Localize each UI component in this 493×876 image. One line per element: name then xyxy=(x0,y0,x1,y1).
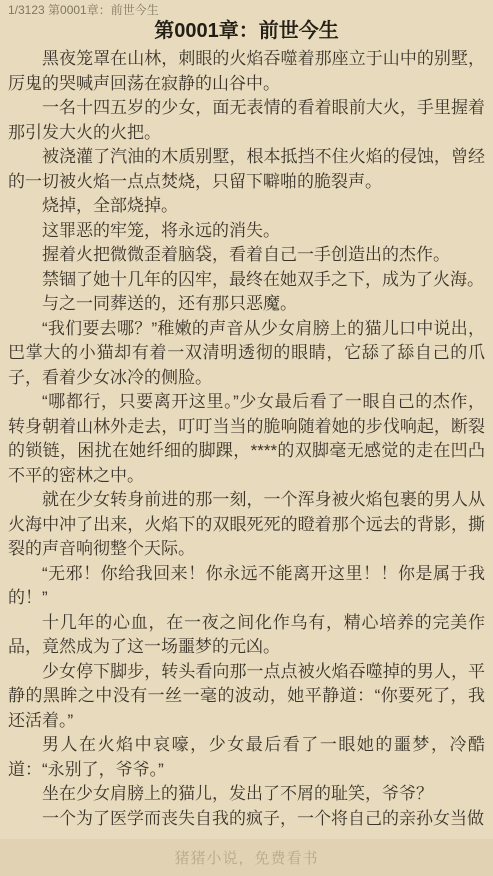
chapter-body[interactable]: 黑夜笼罩在山林，刺眼的火焰吞噬着那座立于山中的别墅，厉鬼的哭喊声回荡在寂静的山谷… xyxy=(0,47,493,831)
paragraph: 男人在火焰中哀嚎，少女最后看了一眼她的噩梦，冷酷道：“永别了，爷爷。” xyxy=(8,733,485,782)
paragraph: 黑夜笼罩在山林，刺眼的火焰吞噬着那座立于山中的别墅，厉鬼的哭喊声回荡在寂静的山谷… xyxy=(8,47,485,96)
paragraph: 这罪恶的牢笼，将永远的消失。 xyxy=(8,219,485,244)
paragraph: 坐在少女肩膀上的猫儿，发出了不屑的耻笑，爷爷？ xyxy=(8,782,485,807)
paragraph: 禁锢了她十几年的囚牢，最终在她双手之下，成为了火海。 xyxy=(8,268,485,293)
app-watermark: 猪猪小说，免费看书 xyxy=(174,847,318,868)
paragraph: 与之一同葬送的，还有那只恶魔。 xyxy=(8,292,485,317)
footer-ad-bar: 猪猪小说，免费看书 xyxy=(0,839,493,876)
paragraph: 被浇灌了汽油的木质别墅，根本抵挡不住火焰的侵蚀，曾经的一切被火焰一点点焚烧，只留… xyxy=(8,145,485,194)
chapter-progress-header: 1/3123 第0001章：前世今生 xyxy=(0,0,493,17)
paragraph: 一个为了医学而丧失自我的疯子，一个将自己的亲孙女当做 xyxy=(8,807,485,832)
paragraph: 烧掉，全部烧掉。 xyxy=(8,194,485,219)
paragraph: “无邪！你给我回来！你永远不能离开这里！！你是属于我的！” xyxy=(8,562,485,611)
chapter-title: 第0001章：前世今生 xyxy=(0,20,493,42)
paragraph: 少女停下脚步，转头看向那一点点被火焰吞噬掉的男人，平静的黑眸之中没有一丝一毫的波… xyxy=(8,660,485,734)
paragraph: “哪都行，只要离开这里。”少女最后看了一眼自己的杰作，转身朝着山林外走去，叮叮当… xyxy=(8,390,485,488)
paragraph: “我们要去哪？”稚嫩的声音从少女肩膀上的猫儿口中说出，巴掌大的小猫却有着一双清明… xyxy=(8,317,485,391)
paragraph: 十几年的心血，在一夜之间化作乌有，精心培养的完美作品，竟然成为了这一场噩梦的元凶… xyxy=(8,611,485,660)
reader-page[interactable]: 1/3123 第0001章：前世今生 第0001章：前世今生 黑夜笼罩在山林，刺… xyxy=(0,0,493,876)
paragraph: 握着火把微微歪着脑袋，看着自己一手创造出的杰作。 xyxy=(8,243,485,268)
paragraph: 就在少女转身前进的那一刻，一个浑身被火焰包裹的男人从火海中冲了出来，火焰下的双眼… xyxy=(8,488,485,562)
paragraph: 一名十四五岁的少女，面无表情的看着眼前大火，手里握着那引发大火的火把。 xyxy=(8,96,485,145)
